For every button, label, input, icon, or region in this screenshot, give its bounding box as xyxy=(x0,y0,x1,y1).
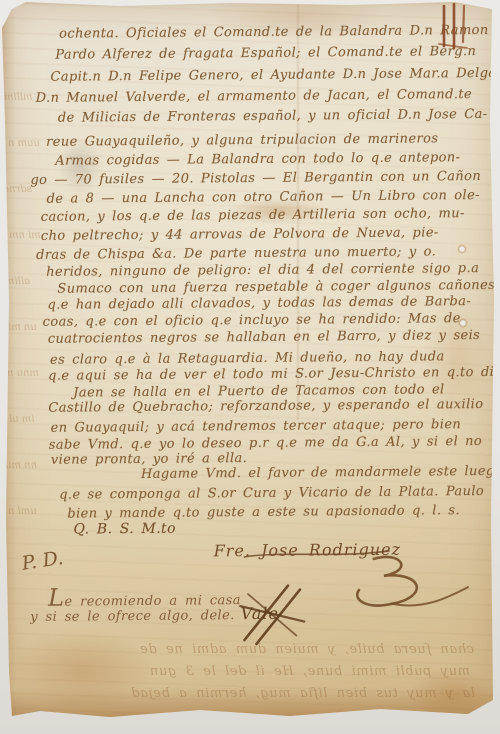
worm-hole xyxy=(460,320,466,326)
manuscript-line: viene pronta, yo iré a ella. xyxy=(51,451,247,468)
manuscript-line: heridos, ninguno de peligro: el dia 4 de… xyxy=(46,261,479,280)
bleedthrough-line: chan fuera buile, y muien dum admi ne de xyxy=(34,642,474,657)
rubric-flourish xyxy=(332,554,473,617)
manuscript-line: de a 8 — una Lancha con otro Cañon — Un … xyxy=(47,188,481,207)
folio-mark xyxy=(436,2,470,54)
manuscript-line: q.e han dejado alli clavados, y todas la… xyxy=(47,294,471,313)
manuscript-line: de Milicias de Fronteras español, y un o… xyxy=(58,107,488,126)
manuscript-line: Pardo Alferez de fragata Español; el Com… xyxy=(55,44,476,63)
manuscript-line: sabe Vmd. q.e yo lo deseo p.r q.e me da … xyxy=(49,434,483,453)
bleedthrough-line: la y muy tus bien lifia mug, hermin a be… xyxy=(30,686,475,701)
manuscript-line: Armas cogidas — La Balandra con todo lo … xyxy=(55,150,460,169)
bleedthrough-line: muy publi mimi bune, He il del le 3 gun xyxy=(40,664,470,679)
crosshatch-mark xyxy=(230,579,311,646)
manuscript-line: Capit.n D.n Felipe Genero, el Ayudante D… xyxy=(50,66,500,85)
manuscript-line: cuatrocientos negros se hallaban en el B… xyxy=(48,328,481,347)
postscript-text: y si se le ofrece algo, dele. xyxy=(30,608,235,625)
closing-formula: Q. B. S. M.to xyxy=(73,521,176,538)
handwriting-layer: ochenta. Oficiales el Comand.te de la Ba… xyxy=(0,0,500,722)
manuscript-line: bien y mande q.to guste a este su apasio… xyxy=(67,503,460,521)
manuscript-line: en Guayaquil; y acá tendremos tercer ata… xyxy=(51,417,462,436)
manuscript-paper: mllim uum n sdrno mi nm allim un mi mnu … xyxy=(0,0,500,722)
manuscript-line: D.n Manuel Valverde, el armamento de Jac… xyxy=(36,87,473,106)
manuscript-line: go — 70 fusiles — 20. Pistolas — El Berg… xyxy=(30,169,481,188)
manuscript-line: dras de Chispa &a. De parte nuestra uno … xyxy=(36,244,436,262)
manuscript-line: cho peltrecho; y 44 arrovas de Polvora d… xyxy=(41,225,439,243)
manuscript-line: q.e se componga al S.or Cura y Vicario d… xyxy=(59,484,484,503)
manuscript-line: Hagame Vmd. el favor de mandarmele este … xyxy=(141,464,500,482)
manuscript-line: coas, q.e con el oficio q.e incluyo se h… xyxy=(43,311,461,330)
manuscript-line: Castillo de Quebracho; reforzandose, y e… xyxy=(48,397,483,416)
postscript-initials: P. D. xyxy=(20,547,64,575)
manuscript-line: q.e aqui se ha de ver el todo mi S.or Je… xyxy=(48,364,500,383)
worm-hole xyxy=(459,246,465,252)
manuscript-line: cacion, y los q.e de las piezas de Artil… xyxy=(41,206,465,225)
manuscript-line: reue Guayaquileño, y alguna tripulacion … xyxy=(46,131,438,149)
manuscript-line: ochenta. Oficiales el Comand.te de la Ba… xyxy=(59,23,489,42)
